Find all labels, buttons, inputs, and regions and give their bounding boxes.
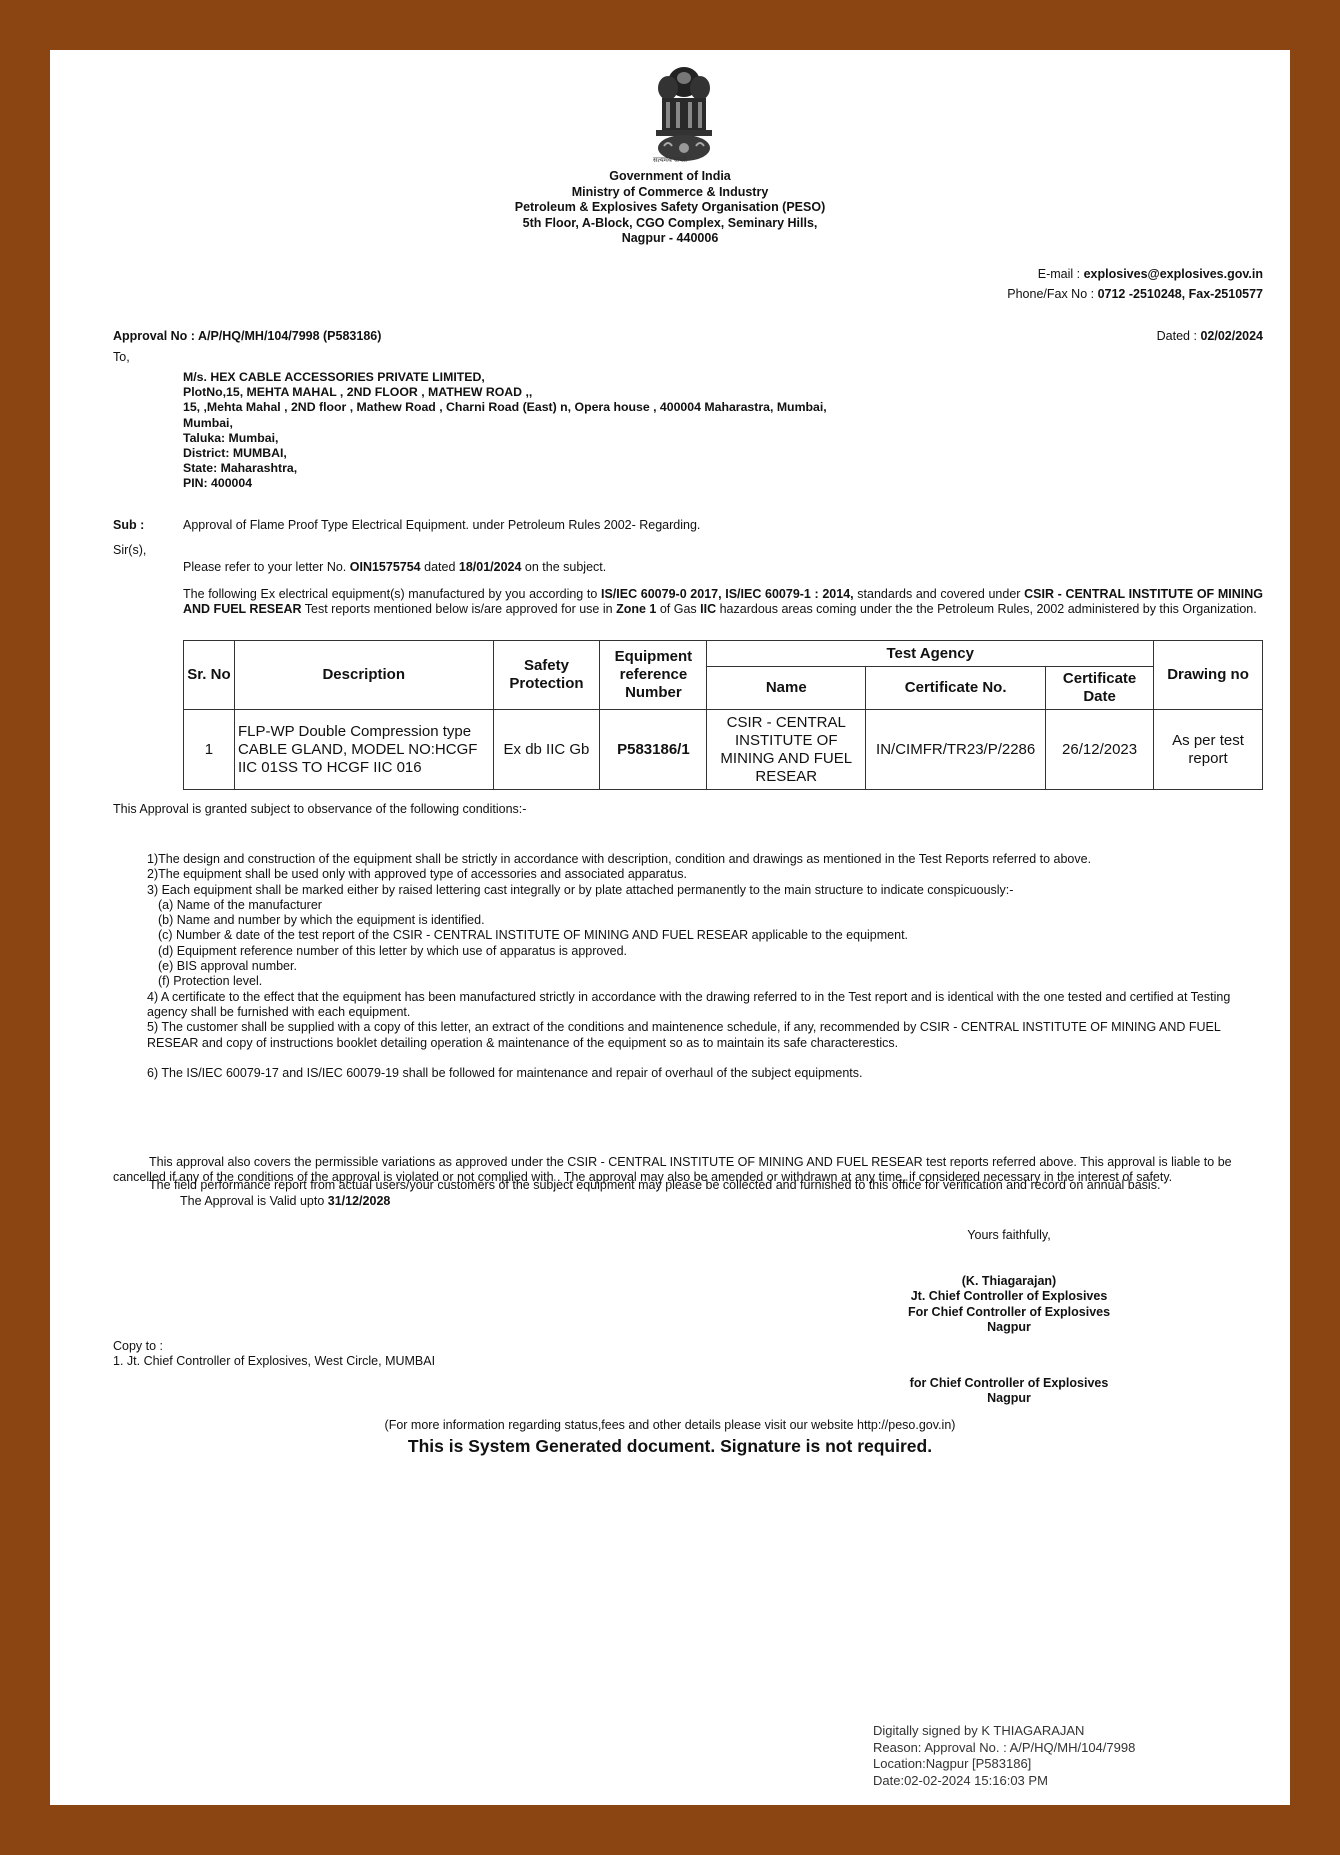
cell-agency-name: CSIR - CENTRAL INSTITUTE OF MINING AND F… (707, 710, 866, 790)
address-line: State: Maharashtra, (183, 461, 827, 476)
system-generated-notice: This is System Generated document. Signa… (50, 1436, 1290, 1457)
dated-value: 02/02/2024 (1200, 329, 1263, 343)
approval-label: Approval No : (113, 329, 198, 343)
field-report-paragraph: The field performance report from actual… (113, 1178, 1265, 1193)
cell-safety-protection: Ex db IIC Gb (493, 710, 600, 790)
table-row: 1 FLP-WP Double Compression type CABLE G… (184, 710, 1263, 790)
condition-item: 3) Each equipment shall be marked either… (147, 883, 1267, 898)
header-line: Government of India (50, 169, 1290, 185)
header-line: Ministry of Commerce & Industry (50, 185, 1290, 201)
marking-item: (e) BIS approval number. (147, 959, 1267, 974)
signatory-block: (K. Thiagarajan) Jt. Chief Controller of… (878, 1274, 1140, 1335)
reference-text: Please refer to your letter No. (183, 560, 350, 574)
emblem-motto: सत्यमेव जयते (50, 156, 1290, 165)
field-report-text: The field performance report from actual… (149, 1178, 1160, 1192)
digital-signature-line: Reason: Approval No. : A/P/HQ/MH/104/799… (873, 1740, 1135, 1757)
address-line: Mumbai, (183, 416, 827, 431)
national-emblem-icon (646, 62, 722, 166)
approval-paragraph: The following Ex electrical equipment(s)… (183, 587, 1263, 617)
document-page: सत्यमेव जयते Government of India Ministr… (50, 50, 1290, 1805)
header-test-agency: Test Agency (707, 641, 1154, 667)
paragraph-text: hazardous areas coming under the the Pet… (716, 602, 1257, 616)
copy-to-item: 1. Jt. Chief Controller of Explosives, W… (113, 1354, 435, 1369)
zone: Zone 1 (616, 602, 656, 616)
header-certificate-date: Certificate Date (1046, 667, 1154, 710)
paragraph-text: The following Ex electrical equipment(s)… (183, 587, 601, 601)
cell-equipment-ref: P583186/1 (600, 710, 707, 790)
subject-label: Sub : (113, 518, 144, 532)
marking-item: (c) Number & date of the test report of … (147, 928, 1267, 943)
digital-signature-block: Digitally signed by K THIAGARAJAN Reason… (873, 1723, 1135, 1789)
marking-item: (f) Protection level. (147, 974, 1267, 989)
paragraph-text: Test reports mentioned below is/are appr… (302, 602, 617, 616)
address-line: 15, ,Mehta Mahal , 2ND floor , Mathew Ro… (183, 400, 827, 415)
cell-description: FLP-WP Double Compression type CABLE GLA… (234, 710, 493, 790)
address-line: District: MUMBAI, (183, 446, 827, 461)
signatory-title: Jt. Chief Controller of Explosives (878, 1289, 1140, 1304)
approval-number: Approval No : A/P/HQ/MH/104/7998 (P58318… (113, 329, 381, 343)
letter-date: Dated : 02/02/2024 (1157, 329, 1263, 343)
digital-signature-line: Location:Nagpur [P583186] (873, 1756, 1135, 1773)
phone-line: Phone/Fax No : 0712 -2510248, Fax-251057… (1007, 284, 1263, 304)
equipment-table: Sr. No Description Safety Protection Equ… (183, 640, 1263, 790)
for-office-block: for Chief Controller of Explosives Nagpu… (878, 1376, 1140, 1407)
reference-letter-no: OIN1575754 (350, 560, 421, 574)
email-line: E-mail : explosives@explosives.gov.in (1007, 264, 1263, 284)
closing: Yours faithfully, (878, 1228, 1140, 1243)
phone-value: 0712 -2510248, Fax-2510577 (1098, 287, 1263, 301)
reference-text: on the subject. (521, 560, 606, 574)
marking-item: (b) Name and number by which the equipme… (147, 913, 1267, 928)
for-office-line: for Chief Controller of Explosives (878, 1376, 1140, 1391)
copy-to-label: Copy to : (113, 1339, 435, 1354)
reference-line: Please refer to your letter No. OIN15757… (183, 560, 606, 574)
header-line: Nagpur - 440006 (50, 231, 1290, 247)
paragraph-text: of Gas (656, 602, 700, 616)
condition-item: 1)The design and construction of the equ… (147, 852, 1267, 867)
signatory-location: Nagpur (878, 1320, 1140, 1335)
header-drawing-no: Drawing no (1154, 641, 1263, 710)
contact-block: E-mail : explosives@explosives.gov.in Ph… (1007, 264, 1263, 304)
signatory-name: (K. Thiagarajan) (878, 1274, 1140, 1289)
phone-label: Phone/Fax No : (1007, 287, 1097, 301)
more-info-note: (For more information regarding status,f… (50, 1418, 1290, 1432)
conditions-list: 1)The design and construction of the equ… (147, 852, 1267, 1081)
condition-item: 2)The equipment shall be used only with … (147, 867, 1267, 882)
condition-item: 4) A certificate to the effect that the … (147, 990, 1267, 1021)
header-line: 5th Floor, A-Block, CGO Complex, Seminar… (50, 216, 1290, 232)
paragraph-text: standards and covered under (854, 587, 1024, 601)
standards: IS/IEC 60079-0 2017, IS/IEC 60079-1 : 20… (601, 587, 854, 601)
header-agency-name: Name (707, 667, 866, 710)
header-equipment-ref: Equipment reference Number (600, 641, 707, 710)
gas-group: IIC (700, 602, 716, 616)
reference-text: dated (421, 560, 459, 574)
validity-line: The Approval is Valid upto 31/12/2028 (180, 1194, 390, 1208)
email-label: E-mail : (1038, 267, 1084, 281)
digital-signature-line: Date:02-02-2024 15:16:03 PM (873, 1773, 1135, 1790)
conditions-intro: This Approval is granted subject to obse… (113, 802, 526, 816)
cell-certificate-date: 26/12/2023 (1046, 710, 1154, 790)
marking-item: (d) Equipment reference number of this l… (147, 944, 1267, 959)
address-line: PIN: 400004 (183, 476, 827, 491)
digital-signature-line: Digitally signed by K THIAGARAJAN (873, 1723, 1135, 1740)
address-line: Taluka: Mumbai, (183, 431, 827, 446)
address-line: PlotNo,15, MEHTA MAHAL , 2ND FLOOR , MAT… (183, 385, 827, 400)
dated-label: Dated : (1157, 329, 1201, 343)
email-link[interactable]: explosives@explosives.gov.in (1084, 267, 1263, 281)
marking-item: (a) Name of the manufacturer (147, 898, 1267, 913)
cell-drawing-no: As per test report (1154, 710, 1263, 790)
condition-item: 5) The customer shall be supplied with a… (147, 1020, 1267, 1051)
for-office-line: Nagpur (878, 1391, 1140, 1406)
validity-date: 31/12/2028 (328, 1194, 391, 1208)
cell-certificate-no: IN/CIMFR/TR23/P/2286 (866, 710, 1046, 790)
addressee-block: M/s. HEX CABLE ACCESSORIES PRIVATE LIMIT… (183, 370, 827, 492)
copy-to-block: Copy to : 1. Jt. Chief Controller of Exp… (113, 1339, 435, 1370)
issuer-header: Government of India Ministry of Commerce… (50, 169, 1290, 247)
condition-item: 6) The IS/IEC 60079-17 and IS/IEC 60079-… (147, 1066, 1267, 1081)
cell-sr-no: 1 (184, 710, 235, 790)
address-line: M/s. HEX CABLE ACCESSORIES PRIVATE LIMIT… (183, 370, 827, 385)
to-label: To, (113, 350, 130, 364)
subject-text: Approval of Flame Proof Type Electrical … (183, 518, 700, 532)
header-sr-no: Sr. No (184, 641, 235, 710)
signatory-title: For Chief Controller of Explosives (878, 1305, 1140, 1320)
approval-value: A/P/HQ/MH/104/7998 (P583186) (198, 329, 381, 343)
salutation: Sir(s), (113, 543, 146, 557)
validity-label: The Approval is Valid upto (180, 1194, 328, 1208)
header-certificate-no: Certificate No. (866, 667, 1046, 710)
header-description: Description (234, 641, 493, 710)
header-line: Petroleum & Explosives Safety Organisati… (50, 200, 1290, 216)
reference-letter-date: 18/01/2024 (459, 560, 522, 574)
header-safety-protection: Safety Protection (493, 641, 600, 710)
